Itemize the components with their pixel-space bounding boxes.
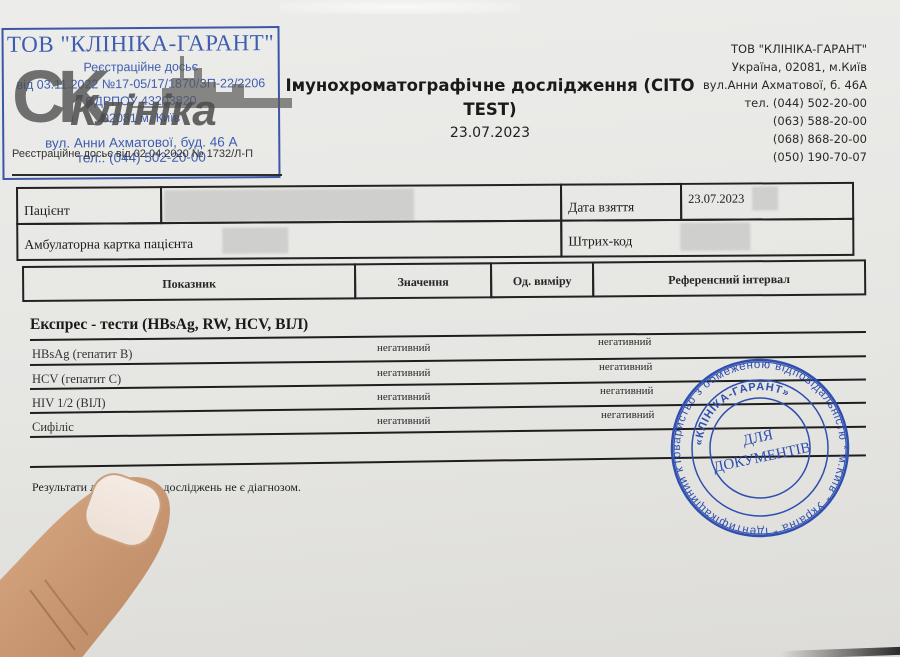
header-indicator: Показник	[22, 263, 356, 302]
barcode-label: Штрих-код	[568, 233, 632, 248]
result-reference: негативний	[601, 409, 654, 421]
stamp-line-4: 02081 м. Київ	[4, 109, 278, 128]
result-reference: негативний	[598, 336, 651, 348]
result-reference: негативний	[599, 361, 652, 373]
result-value: негативний	[377, 342, 430, 354]
header-value: Значення	[354, 262, 492, 299]
card-label-cell: Амбулаторна картка пацієнта	[16, 220, 562, 261]
company-phone: (063) 588-20-00	[703, 112, 867, 130]
result-name: HIV 1/2 (ВІЛ)	[32, 396, 106, 411]
header-reference: Референсний інтервал	[592, 259, 866, 297]
round-seal-icon: Товариство з обмеженою відповідальністю …	[660, 358, 860, 538]
header-divider	[12, 174, 282, 176]
result-value: негативний	[377, 391, 430, 403]
document-date: 23.07.2023	[280, 125, 700, 141]
registration-note: Реєстраційне досьє від 02.04.2020 № 1732…	[12, 148, 253, 160]
result-name: HCV (гепатит С)	[32, 372, 121, 387]
redacted-barcode	[680, 223, 750, 251]
table-edge-shadow	[780, 647, 900, 657]
redacted-patient-name	[164, 189, 414, 223]
company-city: Україна, 02081, м.Київ	[703, 58, 867, 76]
company-name: ТОВ "КЛІНІКА-ГАРАНТ"	[703, 40, 867, 58]
result-name: Сифіліс	[32, 420, 74, 435]
company-phone: (068) 868-20-00	[703, 130, 867, 148]
stamp-line-3: ЄДРПОУ 43203820	[4, 92, 278, 111]
date-label: Дата взяття	[568, 199, 634, 214]
result-name: HBsAg (гепатит В)	[32, 347, 132, 362]
redacted-card-number	[222, 227, 288, 253]
paper-highlight	[280, 0, 520, 14]
disclaimer-note: Результати лабораторних досліджень не є …	[32, 480, 301, 495]
document-title: Імунохроматографічне дослідження (CITO T…	[280, 74, 700, 141]
company-phone: (050) 190-70-07	[703, 148, 867, 166]
title-line-2: TEST)	[280, 98, 700, 122]
company-street: вул.Анни Ахматової, б. 46А	[703, 76, 867, 94]
result-reference: негативний	[600, 385, 653, 397]
patient-info-table: Пацієнт Дата взяття 23.07.2023 Амбулатор…	[16, 182, 854, 261]
patient-label: Пацієнт	[24, 203, 70, 218]
results-table-header: Показник Значення Од. виміру Референсний…	[22, 259, 866, 306]
company-phone: тел. (044) 502-20-00	[703, 94, 867, 112]
seal-center-1: ДЛЯ	[741, 427, 774, 449]
patient-label-cell: Пацієнт	[16, 186, 162, 225]
card-label: Амбулаторна картка пацієнта	[24, 236, 193, 252]
redacted-time	[752, 186, 778, 210]
stamp-line-1: Реєстраційне досьє	[4, 58, 278, 77]
date-label-cell: Дата взяття	[560, 183, 682, 222]
section-express-tests: Експрес - тести (HBsAg, RW, HCV, ВІЛ)	[30, 316, 308, 334]
title-line-1: Імунохроматографічне дослідження (CITO	[280, 74, 700, 98]
document-paper: ТОВ "КЛІНІКА-ГАРАНТ" Реєстраційне досьє …	[0, 0, 900, 657]
result-value: негативний	[377, 415, 430, 427]
date-value: 23.07.2023	[688, 192, 744, 206]
header-unit: Од. виміру	[490, 262, 594, 299]
stamp-company: ТОВ "КЛІНІКА-ГАРАНТ"	[4, 30, 278, 58]
company-info: ТОВ "КЛІНІКА-ГАРАНТ" Україна, 02081, м.К…	[703, 40, 867, 166]
stamp-line-2: від 03.11.2022 №17-05/17/1870/ЗП-22/2206	[4, 75, 278, 94]
result-value: негативний	[377, 367, 430, 379]
